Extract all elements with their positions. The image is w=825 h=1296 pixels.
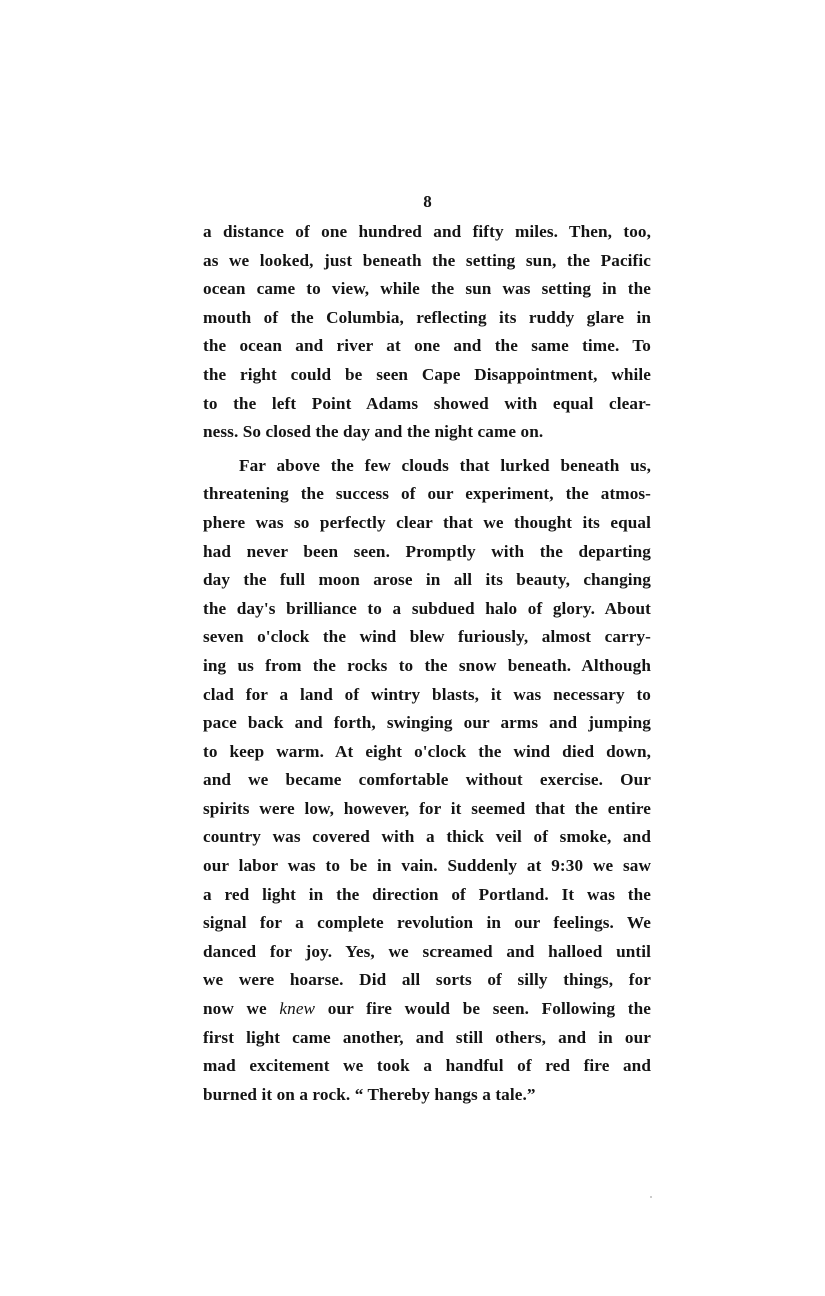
text-line: burned it on a rock. “ Thereby hangs a t…	[203, 1081, 651, 1110]
text-line: threatening the success of our experimen…	[203, 480, 651, 509]
paragraph-2: Far above the few clouds that lurked ben…	[203, 452, 651, 1110]
text-line-with-italic: now we knew our fire would be seen. Foll…	[203, 995, 651, 1024]
text-line: danced for joy. Yes, we screamed and hal…	[203, 938, 651, 967]
paragraph-1: a distance of one hundred and fifty mile…	[203, 218, 651, 447]
text-line: phere was so perfectly clear that we tho…	[203, 509, 651, 538]
text-line: a distance of one hundred and fifty mile…	[203, 218, 651, 247]
text-line: country was covered with a thick veil of…	[203, 823, 651, 852]
text-line: ocean came to view, while the sun was se…	[203, 275, 651, 304]
text-line: we were hoarse. Did all sorts of silly t…	[203, 966, 651, 995]
text-line: seven o'clock the wind blew furiously, a…	[203, 623, 651, 652]
book-page: 8 a distance of one hundred and fifty mi…	[0, 0, 825, 1296]
text-segment: our fire would be seen. Following the	[315, 999, 651, 1018]
text-line: our labor was to be in vain. Suddenly at…	[203, 852, 651, 881]
text-line: first light came another, and still othe…	[203, 1024, 651, 1053]
text-line: had never been seen. Promptly with the d…	[203, 538, 651, 567]
text-line: a red light in the direction of Portland…	[203, 881, 651, 910]
scan-speck	[650, 1196, 652, 1198]
text-line: Far above the few clouds that lurked ben…	[203, 452, 651, 481]
text-line: mad excitement we took a handful of red …	[203, 1052, 651, 1081]
text-line: ness. So closed the day and the night ca…	[203, 418, 651, 447]
text-line: mouth of the Columbia, reflecting its ru…	[203, 304, 651, 333]
text-line: day the full moon arose in all its beaut…	[203, 566, 651, 595]
text-line: and we became comfortable without exerci…	[203, 766, 651, 795]
text-line: the day's brilliance to a subdued halo o…	[203, 595, 651, 624]
text-line: the ocean and river at one and the same …	[203, 332, 651, 361]
text-line: to keep warm. At eight o'clock the wind …	[203, 738, 651, 767]
page-number: 8	[0, 192, 825, 212]
body-text: a distance of one hundred and fifty mile…	[203, 218, 651, 1109]
italic-word: knew	[279, 999, 315, 1018]
text-line: to the left Point Adams showed with equa…	[203, 390, 651, 419]
text-line: as we looked, just beneath the setting s…	[203, 247, 651, 276]
text-line: ing us from the rocks to the snow beneat…	[203, 652, 651, 681]
text-line: signal for a complete revolution in our …	[203, 909, 651, 938]
text-line: clad for a land of wintry blasts, it was…	[203, 681, 651, 710]
text-line: the right could be seen Cape Disappointm…	[203, 361, 651, 390]
text-line: spirits were low, however, for it seemed…	[203, 795, 651, 824]
text-segment: now we	[203, 999, 279, 1018]
text-line: pace back and forth, swinging our arms a…	[203, 709, 651, 738]
